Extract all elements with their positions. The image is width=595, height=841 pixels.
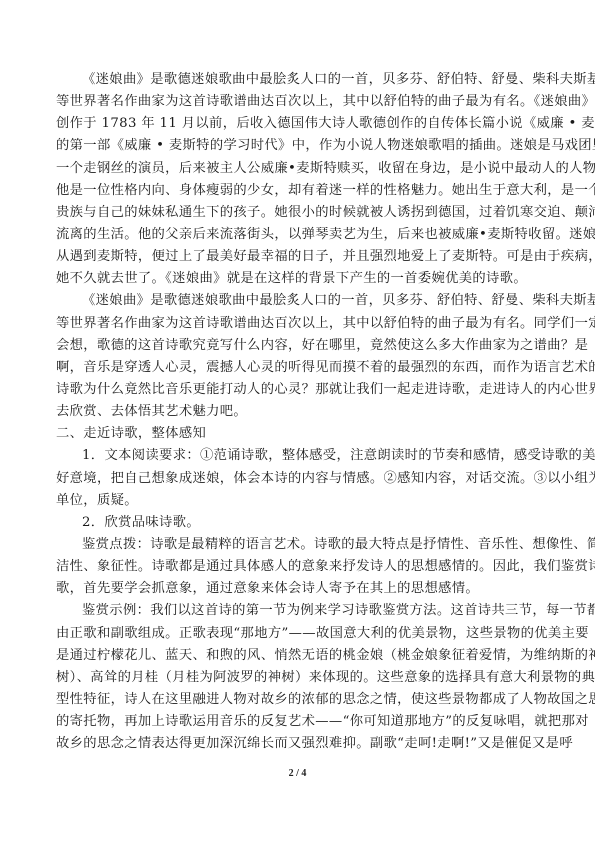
text-line: 好意境，把自己想象成迷娘，体会本诗的内容与情感。②感知内容，对话交流。③以小组为 [56, 468, 538, 490]
text-line: 创作于 1783 年 11 月以前，后收入德国伟大诗人歌德创作的自传体长篇小说《… [56, 113, 538, 135]
text-line: 流离的生活。他的父亲后来流落街头，以弹琴卖艺为生，后来也被威廉•麦斯特收留。迷娘… [56, 224, 538, 246]
text-line: 1．文本阅读要求：①范诵诗歌，整体感受，注意朗读时的节奏和感情，感受诗歌的美 [56, 445, 538, 467]
text-line: 一个走钢丝的演员，后来被主人公威廉•麦斯特赎买，收留在身边，是小说中最动人的人物… [56, 158, 538, 180]
text-line: 《迷娘曲》是歌德迷娘歌曲中最脍炙人口的一首，贝多芬、舒伯特、舒曼、柴科夫斯基 [56, 69, 538, 91]
text-line: 诗歌为什么竟然比音乐更能打动人的心灵？那就让我们一起走进诗歌，走进诗人的内心世界 [56, 379, 538, 401]
text-line: 的寄托物，再加上诗歌运用音乐的反复艺术——“你可知道那地方”的反复咏唱，就把那对 [56, 711, 538, 733]
text-line: 由正歌和副歌组成。正歌表现“那地方”——故国意大利的优美景物，这些景物的优美主要 [56, 623, 538, 645]
text-line: 啊，音乐是穿透人心灵，震撼人心灵的听得见而摸不着的最强烈的东西，而作为语言艺术的 [56, 357, 538, 379]
page-number: 2 / 4 [0, 768, 595, 779]
text-line: 2．欣赏品味诗歌。 [56, 512, 538, 534]
text-line: 洁性、象征性。诗歌都是通过具体感人的意象来抒发诗人的思想感情的。因此，我们鉴赏诗 [56, 556, 538, 578]
text-line: 贵族与自己的妹妹私通生下的孩子。她很小的时候就被人诱拐到德国，过着饥寒交迫、颠沛 [56, 202, 538, 224]
text-line: 会想，歌德的这首诗歌究竟写什么内容，好在哪里，竟然使这么多大作曲家为之谱曲？是 [56, 335, 538, 357]
text-line: 单位，质疑。 [56, 490, 538, 512]
text-line: 《迷娘曲》是歌德迷娘歌曲中最脍炙人口的一首，贝多芬、舒伯特、舒曼、柴科夫斯基 [56, 290, 538, 312]
text-line: 故乡的思念之情表达得更加深沉绵长而又强烈难抑。副歌“走呵!走啊!”又是催促又是呼 [56, 733, 538, 755]
document-body: 《迷娘曲》是歌德迷娘歌曲中最脍炙人口的一首，贝多芬、舒伯特、舒曼、柴科夫斯基等世… [56, 69, 538, 755]
text-line: 树）、高耸的月桂（月桂为阿波罗的神树）来体现的。这些意象的选择具有意大利景物的典 [56, 667, 538, 689]
text-line: 歌，首先要学会抓意象，通过意象来体会诗人寄予在其上的思想感情。 [56, 578, 538, 600]
text-line: 鉴赏点拨：诗歌是最精粹的语言艺术。诗歌的最大特点是抒情性、音乐性、想像性、简 [56, 534, 538, 556]
text-line: 鉴赏示例：我们以这首诗的第一节为例来学习诗歌鉴赏方法。这首诗共三节，每一节都 [56, 600, 538, 622]
text-line: 型性特征，诗人在这里融进人物对故乡的浓郁的思念之情，使这些景物都成了人物故国之思 [56, 689, 538, 711]
text-line: 等世界著名作曲家为这首诗歌谱曲达百次以上，其中以舒伯特的曲子最为有名。同学们一定 [56, 313, 538, 335]
text-line: 她不久就去世了。《迷娘曲》就是在这样的背景下产生的一首委婉优美的诗歌。 [56, 268, 538, 290]
text-line: 是通过柠檬花儿、蓝天、和煦的风、悄然无语的桃金娘（桃金娘象征着爱情，为维纳斯的神 [56, 645, 538, 667]
text-line: 他是一位性格内向、身体瘦弱的少女，却有着迷一样的性格魅力。她出生于意大利，是一个 [56, 180, 538, 202]
text-line: 去欣赏、去体悟其艺术魅力吧。 [56, 401, 538, 423]
text-line: 二、走近诗歌，整体感知 [56, 423, 538, 445]
text-line: 等世界著名作曲家为这首诗歌谱曲达百次以上，其中以舒伯特的曲子最为有名。《迷娘曲》 [56, 91, 538, 113]
text-line: 从遇到麦斯特，便过上了最美好最幸福的日子，并且强烈地爱上了麦斯特。可是由于疾病， [56, 246, 538, 268]
text-line: 的第一部《威廉 • 麦斯特的学习时代》中，作为小说人物迷娘歌唱的插曲。迷娘是马戏… [56, 135, 538, 157]
